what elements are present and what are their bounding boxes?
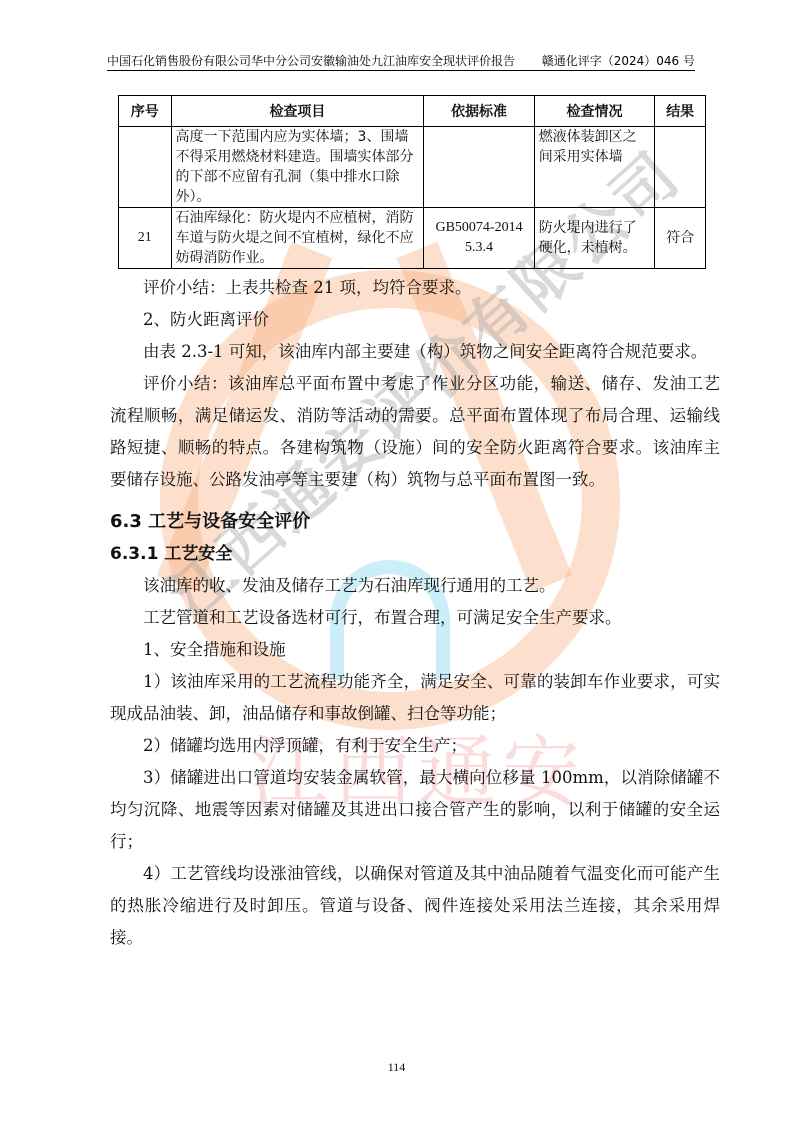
- report-title: 中国石化销售股份有限公司华中分公司安徽输油处九江油库安全现状评价报告: [107, 52, 515, 69]
- inspection-table: 序号 检查项目 依据标准 检查情况 结果 高度一下范围内应为实体墙；3、围墙不得…: [118, 95, 706, 269]
- cell-result: 符合: [655, 208, 706, 269]
- standard-code: GB50074-2014: [428, 218, 529, 238]
- cell-no: [119, 127, 172, 208]
- summary-table-check: 评价小结：上表共检查 21 项，均符合要求。: [110, 272, 720, 304]
- standard-clause: 5.3.4: [428, 238, 529, 258]
- cell-standard: GB50074-2014 5.3.4: [424, 208, 534, 269]
- column-header-standard: 依据标准: [424, 96, 534, 127]
- fire-distance-text: 由表 2.3-1 可知，该油库内部主要建（构）筑物之间安全距离符合规范要求。: [110, 336, 720, 368]
- cell-item: 石油库绿化：防火堤内不应植树，消防车道与防火堤之间不宜植树，绿化不应妨碍消防作业…: [171, 208, 424, 269]
- paragraph: 2）储罐均选用内浮顶罐，有利于安全生产；: [110, 730, 720, 762]
- paragraph: 工艺管道和工艺设备选材可行，布置合理，可满足安全生产要求。: [110, 602, 720, 634]
- table-row: 21 石油库绿化：防火堤内不应植树，消防车道与防火堤之间不宜植树，绿化不应妨碍消…: [119, 208, 706, 269]
- summary-layout: 评价小结：该油库总平面布置中考虑了作业分区功能，输送、储存、发油工艺流程顺畅，满…: [110, 368, 720, 496]
- cell-item: 高度一下范围内应为实体墙；3、围墙不得采用燃烧材料建造。围墙实体部分的下部不应留…: [171, 127, 424, 208]
- cell-standard: [424, 127, 534, 208]
- column-header-condition: 检查情况: [534, 96, 655, 127]
- page-header: 中国石化销售股份有限公司华中分公司安徽输油处九江油库安全现状评价报告 赣通化评字…: [107, 52, 695, 71]
- heading-6-3-1: 6.3.1 工艺安全: [110, 538, 720, 570]
- document-page: 江西通安评价有限公司 江西通安 中国石化销售股份有限公司华中分公司安徽输油处九江…: [0, 0, 793, 1122]
- paragraph: 该油库的收、发油及储存工艺为石油库现行通用的工艺。: [110, 570, 720, 602]
- paragraph: 4）工艺管线均设涨油管线，以确保对管道及其中油品随着气温变化而可能产生的热胀冷缩…: [110, 858, 720, 954]
- paragraph: 1）该油库采用的工艺流程功能齐全，满足安全、可靠的装卸车作业要求，可实现成品油装…: [110, 666, 720, 730]
- column-header-result: 结果: [655, 96, 706, 127]
- document-number: 赣通化评字（2024）046 号: [542, 52, 695, 69]
- paragraph: 1、安全措施和设施: [110, 634, 720, 666]
- cell-condition: 防火堤内进行了硬化，未植树。: [534, 208, 655, 269]
- table-row: 高度一下范围内应为实体墙；3、围墙不得采用燃烧材料建造。围墙实体部分的下部不应留…: [119, 127, 706, 208]
- document-body: 评价小结：上表共检查 21 项，均符合要求。 2、防火距离评价 由表 2.3-1…: [110, 272, 720, 954]
- cell-condition: 燃液体装卸区之间采用实体墙: [534, 127, 655, 208]
- column-header-item: 检查项目: [171, 96, 424, 127]
- section-fire-distance-title: 2、防火距离评价: [110, 304, 720, 336]
- heading-6-3: 6.3 工艺与设备安全评价: [110, 506, 720, 538]
- cell-no: 21: [119, 208, 172, 269]
- cell-result: [655, 127, 706, 208]
- page-number: 114: [0, 1060, 793, 1075]
- column-header-no: 序号: [119, 96, 172, 127]
- table-header-row: 序号 检查项目 依据标准 检查情况 结果: [119, 96, 706, 127]
- paragraph: 3）储罐进出口管道均安装金属软管，最大横向位移量 100mm，以消除储罐不均匀沉…: [110, 762, 720, 858]
